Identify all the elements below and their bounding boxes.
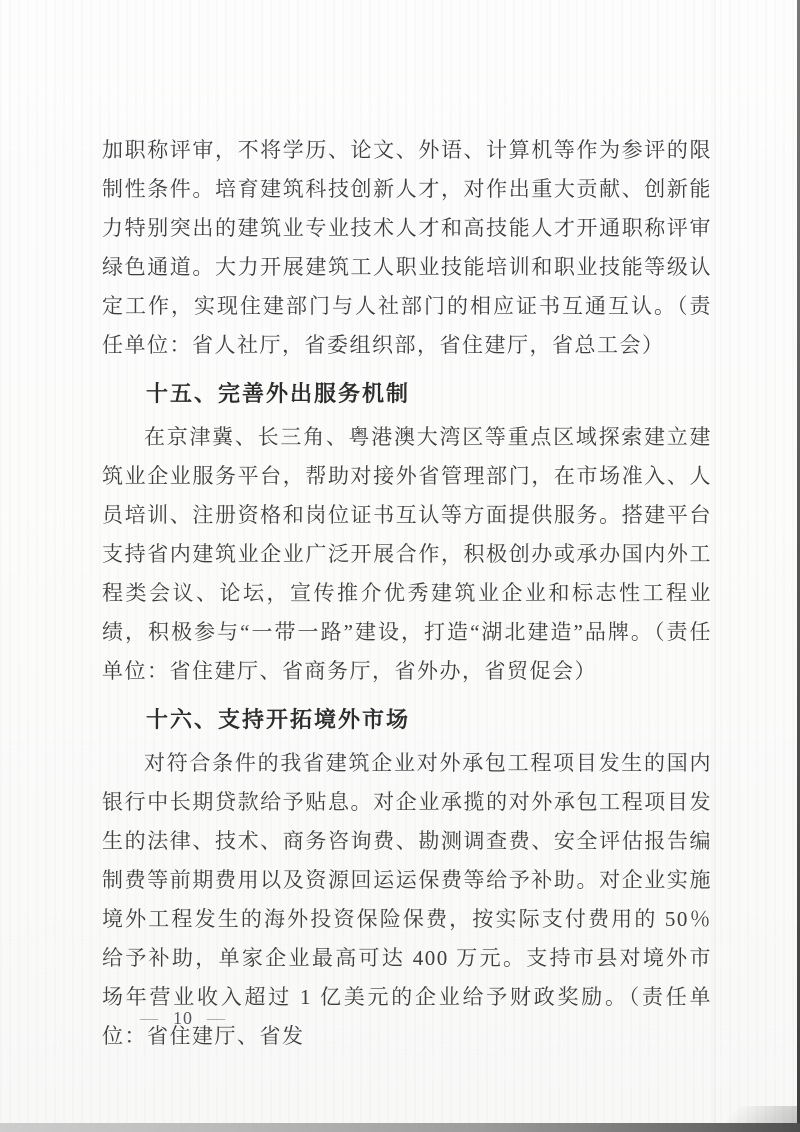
page-number-dash-left: — — [126, 1008, 173, 1028]
scanned-document-page: 加职称评审，不将学历、论文、外语、计算机等作为参评的限制性条件。培育建筑科技创新… — [0, 0, 800, 1132]
page-number-value: 10 — [173, 1008, 193, 1028]
page-number-dash-right: — — [193, 1008, 240, 1028]
scan-fold-line — [714, 0, 716, 1132]
scan-bottom-edge-shadow — [0, 1123, 800, 1132]
document-content: 加职称评审，不将学历、论文、外语、计算机等作为参评的限制性条件。培育建筑科技创新… — [102, 131, 712, 1056]
section-heading-16: 十六、支持开拓境外市场 — [102, 700, 712, 739]
paragraph-continuation-section14: 加职称评审，不将学历、论文、外语、计算机等作为参评的限制性条件。培育建筑科技创新… — [102, 131, 712, 365]
section-paragraph-15: 在京津冀、长三角、粤港澳大湾区等重点区域探索建立建筑业企业服务平台，帮助对接外省… — [102, 418, 712, 691]
page-number: —10— — [126, 1008, 240, 1029]
section-heading-15: 十五、完善外出服务机制 — [102, 374, 712, 413]
